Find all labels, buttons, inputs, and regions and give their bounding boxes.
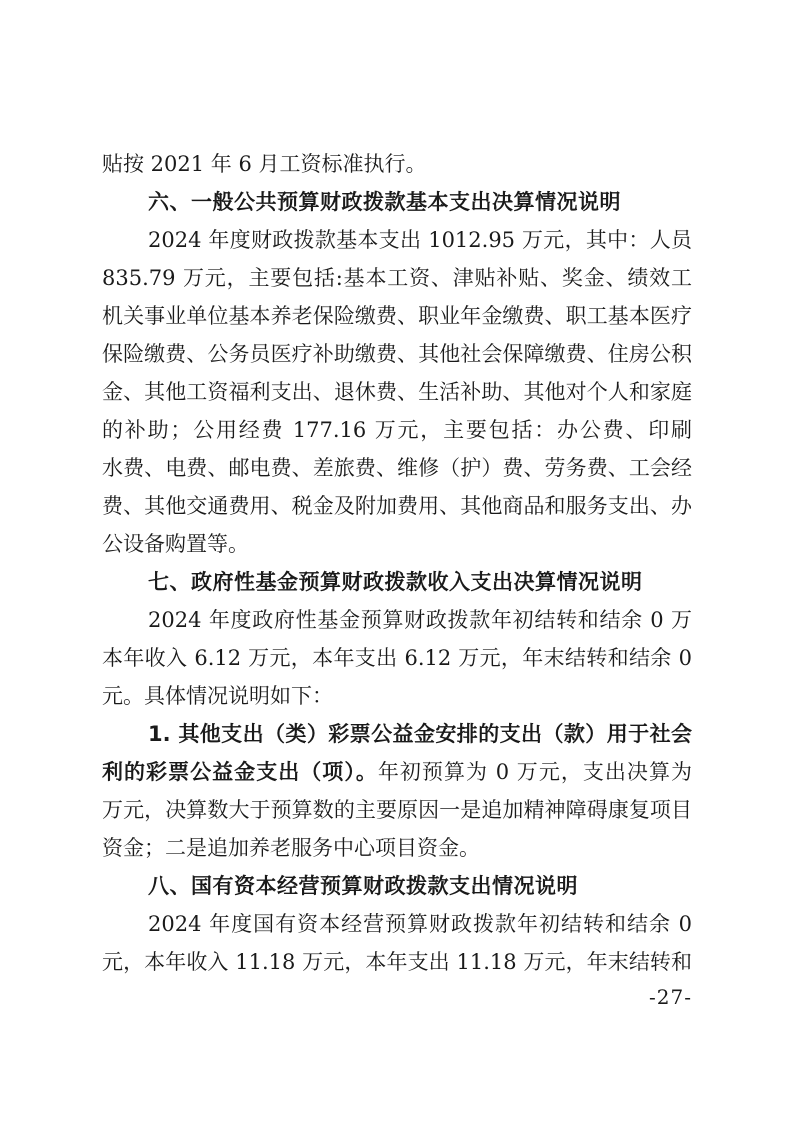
body-text: 贴按 2021 年 6 月工资标准执行。 [102,152,427,176]
text-line: 本年收入 6.12 万元，本年支出 6.12 万元，年末结转和结余 0 万 [102,639,692,677]
text-line: 保险缴费、公务员医疗补助缴费、其他社会保障缴费、住房公积 [102,335,692,373]
body-text: 机关事业单位基本养老保险缴费、职业年金缴费、职工基本医疗 [102,304,692,328]
body-text: 公设备购置等。 [102,532,249,556]
text-line: 贴按 2021 年 6 月工资标准执行。 [102,145,692,183]
emphasized-text: 1. 其他支出（类）彩票公益金安排的支出（款）用于社会福 [148,722,692,753]
text-line: 水费、电费、邮电费、差旅费、维修（护）费、劳务费、工会经 [102,449,692,487]
text-line: 的补助；公用经费 177.16 万元，主要包括：办公费、印刷费、、 [102,411,692,449]
document-body: 贴按 2021 年 6 月工资标准执行。六、一般公共预算财政拨款基本支出决算情况… [102,145,692,981]
page-number: -27- [649,984,692,1010]
emphasized-text: 利的彩票公益金支出（项）。 [102,760,378,784]
text-line: 2024 年度国有资本经营预算财政拨款年初结转和结余 0 万 [102,905,692,943]
document-page: 贴按 2021 年 6 月工资标准执行。六、一般公共预算财政拨款基本支出决算情况… [0,0,793,1122]
text-line: 元。具体情况说明如下： [102,677,692,715]
body-text: 金、其他工资福利支出、退休费、生活补助、其他对个人和家庭 [102,380,692,404]
text-line: 费、其他交通费用、税金及附加费用、其他商品和服务支出、办 [102,487,692,525]
body-text: 的补助；公用经费 177.16 万元，主要包括：办公费、印刷费、、 [102,418,692,449]
text-line: 金、其他工资福利支出、退休费、生活补助、其他对个人和家庭 [102,373,692,411]
text-line: 2024 年度政府性基金预算财政拨款年初结转和结余 0 万元， [102,601,692,639]
body-text: 元，本年收入 11.18 万元，本年支出 11.18 万元，年末结转和结 [102,950,692,981]
body-text: 835.79 万元，主要包括:基本工资、津贴补贴、奖金、绩效工资、 [102,266,692,297]
body-text: 费、其他交通费用、税金及附加费用、其他商品和服务支出、办 [102,494,692,518]
section-heading: 八、国有资本经营预算财政拨款支出情况说明 [102,867,692,905]
body-text: 元。具体情况说明如下： [102,684,333,708]
text-line: 835.79 万元，主要包括:基本工资、津贴补贴、奖金、绩效工资、 [102,259,692,297]
body-text: 万元，决算数大于预算数的主要原因一是追加精神障碍康复项目 [102,798,692,822]
section-heading: 七、政府性基金预算财政拨款收入支出决算情况说明 [102,563,692,601]
text-line: 机关事业单位基本养老保险缴费、职业年金缴费、职工基本医疗 [102,297,692,335]
body-text: 2024 年度财政拨款基本支出 1012.95 万元，其中：人员经费 [148,228,692,259]
emphasized-text: 八、国有资本经营预算财政拨款支出情况说明 [148,874,578,898]
text-line: 公设备购置等。 [102,525,692,563]
text-line: 2024 年度财政拨款基本支出 1012.95 万元，其中：人员经费 [102,221,692,259]
body-text: 水费、电费、邮电费、差旅费、维修（护）费、劳务费、工会经 [102,456,692,480]
section-heading: 六、一般公共预算财政拨款基本支出决算情况说明 [102,183,692,221]
body-text: 2024 年度政府性基金预算财政拨款年初结转和结余 0 万元， [148,608,692,639]
emphasized-text: 七、政府性基金预算财政拨款收入支出决算情况说明 [148,570,643,594]
text-line: 万元，决算数大于预算数的主要原因一是追加精神障碍康复项目 [102,791,692,829]
text-line: 利的彩票公益金支出（项）。年初预算为 0 万元，支出决算为 6.12 [102,753,692,791]
text-line: 元，本年收入 11.18 万元，本年支出 11.18 万元，年末结转和结 [102,943,692,981]
body-text: 2024 年度国有资本经营预算财政拨款年初结转和结余 0 万 [148,912,692,943]
text-line: 1. 其他支出（类）彩票公益金安排的支出（款）用于社会福 [102,715,692,753]
body-text: 保险缴费、公务员医疗补助缴费、其他社会保障缴费、住房公积 [102,342,692,366]
text-line: 资金；二是追加养老服务中心项目资金。 [102,829,692,867]
body-text: 资金；二是追加养老服务中心项目资金。 [102,836,480,860]
body-text: 本年收入 6.12 万元，本年支出 6.12 万元，年末结转和结余 0 万 [102,646,692,677]
emphasized-text: 六、一般公共预算财政拨款基本支出决算情况说明 [148,190,621,214]
